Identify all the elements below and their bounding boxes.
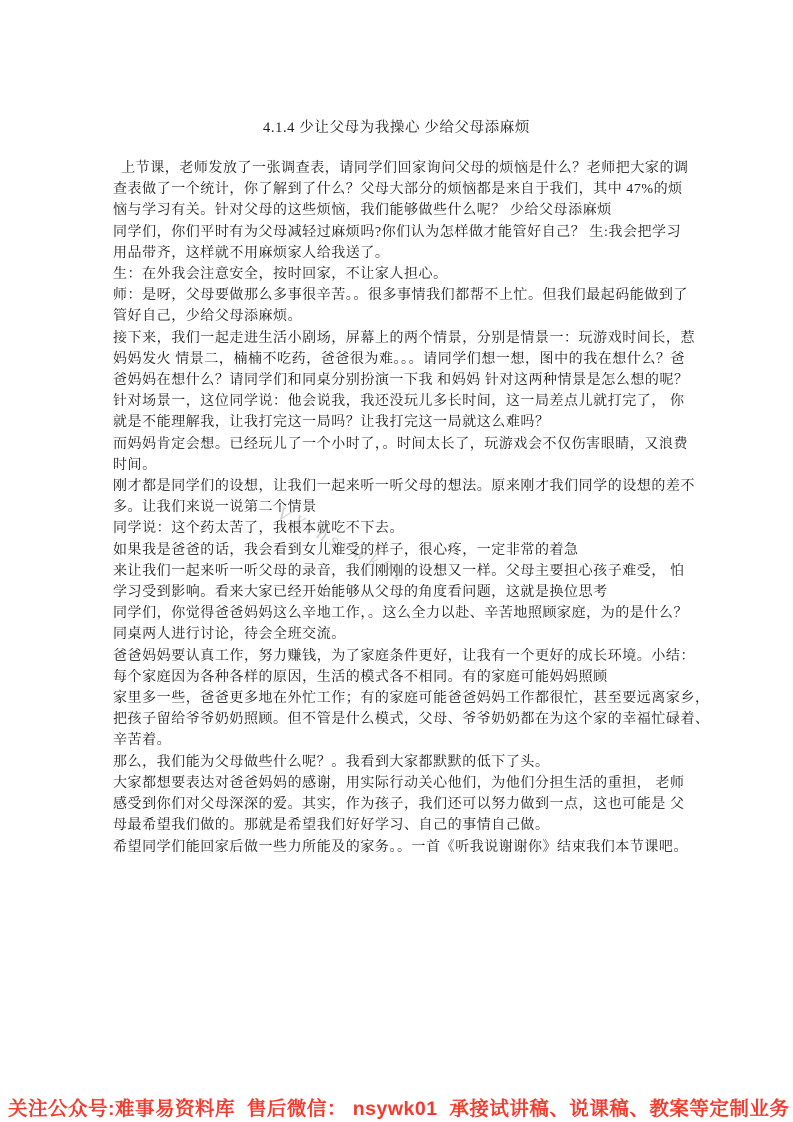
- text-line: 感受到你们对父母深深的爱。其实，作为孩子，我们还可以努力做到一点，这也可能是 父: [113, 794, 688, 815]
- document-page: 4.1.4 少让父母为我操心 少给父母添麻烦 上节课，老师发放了一张调查表，请同…: [0, 0, 793, 1122]
- text-line: 时间。: [113, 455, 688, 476]
- text-line: 用品带齐，这样就不用麻烦家人给我送了。: [113, 243, 688, 264]
- text-line: 希望同学们能回家后做一些力所能及的家务。。一首《听我说谢谢你》结束我们本节课吧。: [113, 837, 688, 858]
- text-line: 爸妈妈在想什么？请同学们和同桌分别扮演一下我 和妈妈 针对这两种情景是怎么想的呢…: [113, 370, 688, 391]
- text-line: 生：在外我会注意安全，按时回家，不让家人担心。: [113, 264, 688, 285]
- text-line: 家里多一些，爸爸更多地在外忙工作；有的家庭可能爸爸妈妈工作都很忙，甚至要远离家乡…: [113, 688, 688, 709]
- text-line: 恼与学习有关。针对父母的这些烦恼，我们能够做些什么呢？ 少给父母添麻烦: [113, 200, 688, 221]
- text-line: 大家都想要表达对爸爸妈妈的感谢，用实际行动关心他们，为他们分担生活的重担， 老师: [113, 773, 688, 794]
- document-body: 上节课，老师发放了一张调查表，请同学们回家询问父母的烦恼是什么？老师把大家的调查…: [113, 158, 688, 858]
- text-line: 爸爸妈妈要认真工作，努力赚钱，为了家庭条件更好，让我有一个更好的成长环境。小结：: [113, 646, 688, 667]
- footer-promo-text: 关注公众号:难事易资料库 售后微信： nsywk01 承接试讲稿、说课稿、教案等…: [0, 1093, 789, 1121]
- text-line: 同学们，你觉得爸爸妈妈这么辛地工作，。这么全力以赴、辛苦地照顾家庭，为的是什么？: [113, 603, 688, 624]
- text-line: 管好自己，少给父母添麻烦。: [113, 306, 688, 327]
- text-line: 就是不能理解我，让我打完这一局吗？让我打完这一局就这么难吗？: [113, 412, 688, 433]
- text-line: 把孩子留给爷爷奶奶照顾。但不管是什么模式，父母、爷爷奶奶都在为这个家的幸福忙碌着…: [113, 709, 688, 730]
- text-line: 而妈妈肯定会想。已经玩儿了一个小时了，。时间太长了，玩游戏会不仅伤害眼睛，又浪费: [113, 434, 688, 455]
- text-line: 那么，我们能为父母做些什么呢？。我看到大家都默默的低下了头。: [113, 752, 688, 773]
- text-line: 辛苦着。: [113, 730, 688, 751]
- text-line: 查表做了一个统计，你了解到了什么？父母大部分的烦恼都是来自于我们，其中 47%的…: [113, 179, 688, 200]
- text-line: 同学们，你们平时有为父母减轻过麻烦吗?你们认为怎样做才能管好自己？ 生:我会把学…: [113, 222, 688, 243]
- text-line: 学习受到影响。看来大家已经开始能够从父母的角度看问题，这就是换位思考: [113, 582, 688, 603]
- text-line: 多。让我们来说一说第二个情景: [113, 497, 688, 518]
- text-line: 上节课，老师发放了一张调查表，请同学们回家询问父母的烦恼是什么？老师把大家的调: [113, 158, 688, 179]
- text-line: 接下来，我们一起走进生活小剧场，屏幕上的两个情景，分别是情景一：玩游戏时间长，惹: [113, 328, 688, 349]
- text-line: 师：是呀，父母要做那么多事很辛苦。。很多事情我们都帮不上忙。但我们最起码能做到了: [113, 285, 688, 306]
- text-line: 针对场景一，这位同学说：他会说我，我还没玩儿多长时间，这一局差点儿就打完了， 你: [113, 391, 688, 412]
- footer-banner: 关注公众号:难事易资料库 售后微信： nsywk01 承接试讲稿、说课稿、教案等…: [0, 1091, 793, 1122]
- page-title: 4.1.4 少让父母为我操心 少给父母添麻烦: [0, 116, 793, 137]
- text-line: 如果我是爸爸的话，我会看到女儿难受的样子，很心疼，一定非常的着急: [113, 540, 688, 561]
- text-line: 同学说：这个药太苦了，我根本就吃不下去。: [113, 518, 688, 539]
- text-line: 妈妈发火 情景二，楠楠不吃药，爸爸很为难。。。请同学们想一想，图中的我在想什么？…: [113, 349, 688, 370]
- text-line: 来让我们一起来听一听父母的录音，我们刚刚的设想又一样。父母主要担心孩子难受， 怕: [113, 561, 688, 582]
- text-line: 每个家庭因为各种各样的原因，生活的模式各不相同。有的家庭可能妈妈照顾: [113, 667, 688, 688]
- text-line: 同桌两人进行讨论，待会全班交流。: [113, 624, 688, 645]
- text-line: 母最希望我们做的。那就是希望我们好好学习、自己的事情自己做。: [113, 815, 688, 836]
- text-line: 刚才都是同学们的设想，让我们一起来听一听父母的想法。原来刚才我们同学的设想的差不: [113, 476, 688, 497]
